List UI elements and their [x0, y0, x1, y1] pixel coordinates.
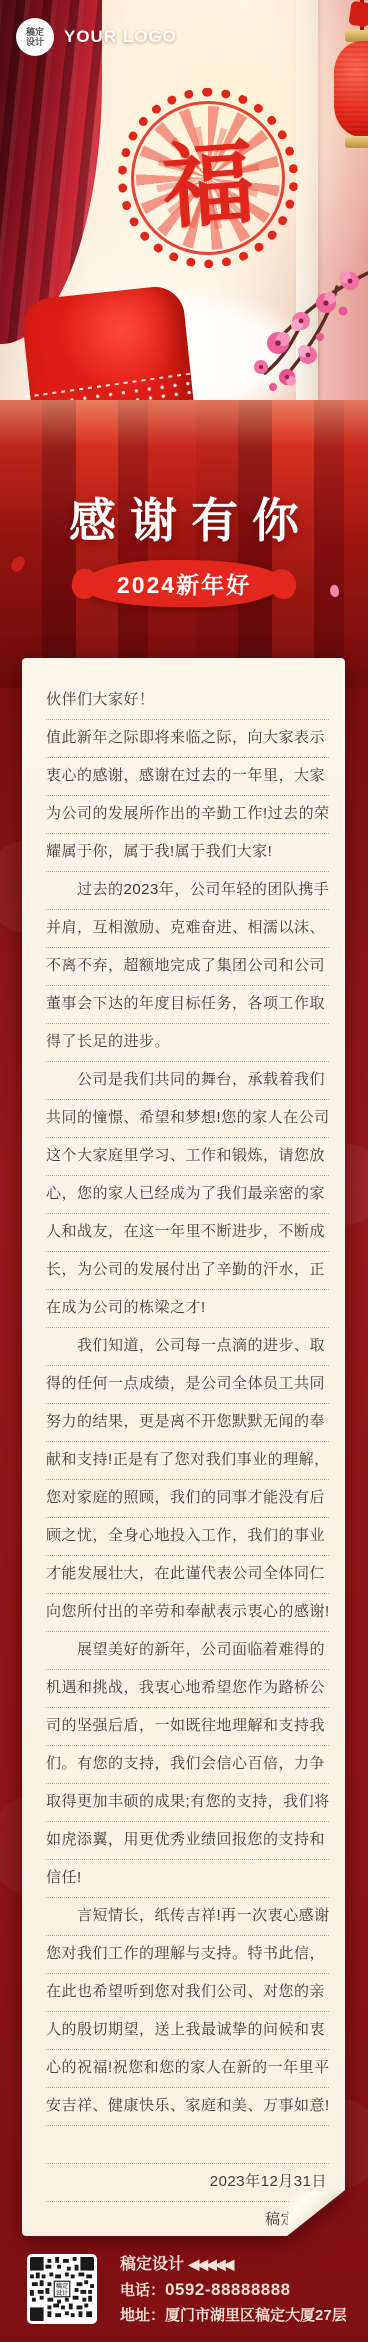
letter-line: 信任!	[46, 1860, 329, 1898]
banner-ribbon: 2024新年好	[84, 560, 284, 607]
letter-line: 才能发展壮大，在此谨代表公司全体同仁	[46, 1556, 329, 1594]
letter-line: 衷心的感谢，感谢在过去的一年里，大家	[46, 758, 329, 796]
letter-line: 共同的憧憬、希望和梦想!您的家人在公司	[46, 1100, 329, 1138]
fu-character: 福	[112, 82, 304, 274]
letter-line: 人的殷切期望，送上我最诚挚的问候和衷	[46, 2012, 329, 2050]
letter-line: 伙伴们大家好！	[46, 682, 329, 720]
lantern-cap-bottom	[345, 136, 368, 148]
letter-line: 顾之忧，全身心地投入工作，我们的事业	[46, 1518, 329, 1556]
letter-line: 稿定集团	[46, 2202, 329, 2240]
letter-line: 努力的结果，更是离不开您默默无闻的奉	[46, 1404, 329, 1442]
letter-line: 得的任何一点成绩，是公司全体员工共同	[46, 1366, 329, 1404]
letter-line: 不离不弃，超额地完成了集团公司和公司	[46, 948, 329, 986]
letter-line: 在此也希望听到您对我们公司、对您的亲	[46, 1974, 329, 2012]
footer-brand-line: 稿定设计 ◀◀◀◀◀	[120, 2252, 360, 2277]
letter-line: 您对我们工作的理解与支持。特书此信，	[46, 1936, 329, 1974]
letter-line: 言短情长，纸传吉祥!再一次衷心感谢	[46, 1898, 329, 1936]
letter-line: 机遇和挑战，我衷心地希望您作为路桥公	[46, 1670, 329, 1708]
qr-code: 稿定 设计	[27, 2254, 97, 2324]
fu-papercut: 福	[118, 88, 298, 268]
banner-text: 2024新年好	[117, 567, 251, 600]
letter-line: 在成为公司的栋梁之才!	[46, 1290, 329, 1328]
phone-number: 0592-88888888	[165, 2280, 291, 2299]
logo-text: YOUR LOGO	[64, 27, 177, 47]
letter-line: 心的祝福!祝您和您的家人在新的一年里平	[46, 2050, 329, 2088]
address-label: 地址：	[120, 2307, 165, 2324]
brand-logo: 稿定 设计 YOUR LOGO	[16, 18, 177, 56]
letter-line: 得了长足的进步。	[46, 1024, 329, 1062]
letter-line: 值此新年之际即将来临之际，向大家表示	[46, 720, 329, 758]
letter-line: 您对家庭的照顾，我们的同事才能没有后	[46, 1480, 329, 1518]
address-value: 厦门市湖里区稿定大厦27层	[165, 2307, 347, 2324]
footer-address-line: 地址：厦门市湖里区稿定大厦27层	[120, 2303, 360, 2328]
letter-lines: 伙伴们大家好！值此新年之际即将来临之际，向大家表示衷心的感谢，感谢在过去的一年里…	[46, 682, 329, 2240]
letter-line: 2023年12月31日	[46, 2164, 329, 2202]
footer-brand: 稿定设计	[120, 2256, 184, 2273]
letter-line: 献和支持!正是有了您对我们事业的理解，	[46, 1442, 329, 1480]
letter-line: 公司是我们共同的舞台，承载着我们	[46, 1062, 329, 1100]
new-year-letter-poster: 福	[0, 0, 368, 2342]
logo-badge: 稿定 设计	[16, 18, 54, 56]
letter-line: 们。有您的支持，我们会信心百倍，力争	[46, 1746, 329, 1784]
letter-line: 向您所付出的辛劳和奉献表示衷心的感谢!	[46, 1594, 329, 1632]
letter-line: 取得更加丰硕的成果;有您的支持，我们将	[46, 1784, 329, 1822]
logo-badge-line1: 稿定	[26, 27, 44, 37]
letter-line: 长，为公司的发展付出了辛勤的汗水，正	[46, 1252, 329, 1290]
qr-center-label-line1: 稿定	[55, 2282, 69, 2290]
arrows-decoration: ◀◀◀◀◀	[188, 2256, 232, 2272]
letter-line: 耀属于你，属于我!属于我们大家!	[46, 834, 329, 872]
letter-line: 司的坚强后盾，一如既往地理解和支持我	[46, 1708, 329, 1746]
footer-phone-line: 电话：0592-88888888	[120, 2277, 360, 2303]
lantern-knot	[348, 1, 368, 28]
letter-line: 这个大家庭里学习、工作和锻炼，请您放	[46, 1138, 329, 1176]
plum-blossom-branch	[185, 255, 368, 415]
letter-line: 为公司的发展所作出的辛勤工作!过去的荣	[46, 796, 329, 834]
letter-line: 心，您的家人已经成为了我们最亲密的家	[46, 1176, 329, 1214]
letter-line: 过去的2023年，公司年轻的团队携手	[46, 872, 329, 910]
letter-line: 我们知道，公司每一点滴的进步、取	[46, 1328, 329, 1366]
hero-photo: 福	[0, 0, 368, 505]
footer: 稿定 设计 稿定设计 ◀◀◀◀◀ 电话：0592-88888888 地址：厦门市…	[0, 2250, 368, 2342]
letter-paper: 伙伴们大家好！值此新年之际即将来临之际，向大家表示衷心的感谢，感谢在过去的一年里…	[22, 658, 345, 2236]
poster-title: 感谢有你	[0, 484, 368, 551]
letter-line: 安吉祥、健康快乐、家庭和美、万事如意!	[46, 2088, 329, 2126]
letter-line	[46, 2126, 329, 2164]
red-lantern	[334, 0, 368, 160]
letter-line: 如虎添翼，用更优秀业绩回报您的支持和	[46, 1822, 329, 1860]
letter-line: 展望美好的新年，公司面临着难得的	[46, 1632, 329, 1670]
qr-center-label-line2: 设计	[56, 2289, 69, 2297]
blossom-flowers	[254, 271, 359, 391]
letter-line: 并肩，互相激励、克难奋进、相濡以沫、	[46, 910, 329, 948]
letter-line: 人和战友，在这一年里不断进步，不断成	[46, 1214, 329, 1252]
letter-line: 董事会下达的年度目标任务，各项工作取	[46, 986, 329, 1024]
lantern-body	[334, 41, 368, 137]
phone-label: 电话：	[120, 2282, 165, 2299]
logo-badge-line2: 设计	[26, 37, 44, 47]
page-curl	[287, 2190, 345, 2236]
